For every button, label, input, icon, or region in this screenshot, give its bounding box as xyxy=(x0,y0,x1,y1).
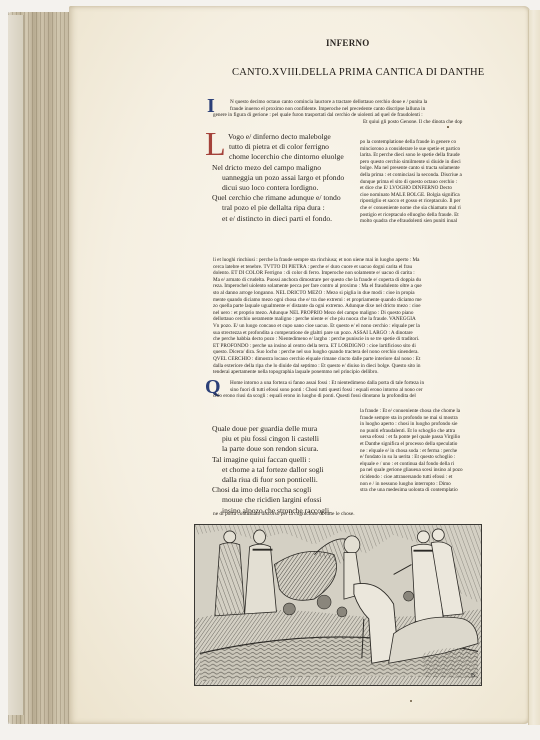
text-line: stra che una medesima uolonta di contemp… xyxy=(360,487,518,494)
paper-speck xyxy=(447,126,449,128)
verse-line: piu et piu fossi cingon li castelli xyxy=(212,434,357,444)
text-line: ripostiglio et sacco et gosso et ricepta… xyxy=(360,198,518,205)
text-line: questo. Dicera/ dira. Suo locho : perche… xyxy=(213,349,516,356)
verse-line: Chosi da imo della roccha scogli xyxy=(212,485,357,495)
text-line: sino fuori di tutti efossi sono ponti : … xyxy=(213,387,516,394)
text-line: nel uero : et proprio mezo. Adunque NEL … xyxy=(213,310,516,317)
text-line: mente quando diciamo mezo ogni chosa che… xyxy=(213,297,516,304)
text-line: sua strectezza et profondita a comperati… xyxy=(213,330,516,337)
verse-line: chome locerchio che dintorno eluolge xyxy=(212,152,352,162)
verse-line: dicui suo loco contera lordigno. xyxy=(212,183,352,193)
right-page-edge xyxy=(528,10,540,725)
verse-block-2: Quale doue per guardia delle mura piu et… xyxy=(212,424,357,516)
text-line: dunque prima el sito di questo octauo ce… xyxy=(360,179,518,186)
text-line: et Danthe significa el processo della sp… xyxy=(360,441,518,448)
text-line: sto al danno arroge longanno. NEL DRICTO… xyxy=(213,290,516,297)
verse-line: mouue che ricidien largini efossi xyxy=(212,495,357,505)
text-line: li et luoghi rinchiusi : perche la fraud… xyxy=(213,257,516,264)
commentary-column-1: po la contemplatione della fraude in gen… xyxy=(360,139,518,225)
woodcut-scene xyxy=(195,525,481,685)
text-line: minciorono a considerare le sue spetie e… xyxy=(360,146,518,153)
text-line: ne : elquale e/ in chosa soda : et ferma… xyxy=(360,448,518,455)
canto-title: CANTO.XVIII.DELLA PRIMA CANTICA DI DANTH… xyxy=(232,67,484,78)
binding-edge xyxy=(8,15,24,715)
text-line: uersa efossi : et fa ponte pel quale pas… xyxy=(360,434,518,441)
verse-line: Vogo e/ dinferno decto malebolge xyxy=(212,132,352,142)
verse-line: tutto di pietra et di color ferrigno xyxy=(212,142,352,152)
commentary-full-width: li et luoghi rinchiusi : perche la fraud… xyxy=(213,257,516,376)
text-line: tenderai apertamente nella topographia l… xyxy=(213,369,516,376)
text-line: postigio et riceptaculo elluogho della f… xyxy=(360,212,518,219)
text-line: genere in figura di gerione : pel quale … xyxy=(213,112,516,119)
text-line: Ma e/ armato di crudelta. Puossi anchora… xyxy=(213,277,516,284)
verse-line: Nel dricto mezo del campo maligno xyxy=(212,163,352,173)
verse-block-1: Vogo e/ dinferno decto malebolge tutto d… xyxy=(212,132,352,224)
text-line: zo quella parte laquale ugualmente e/ di… xyxy=(213,303,516,310)
verse-line: dalla riua di fuor son ponticelli. xyxy=(212,475,357,485)
verse-line: Quale doue per guardia delle mura xyxy=(212,424,357,434)
artist-monogram: B xyxy=(471,673,475,679)
verse-line: la parte doue son rendon sicura. xyxy=(212,444,357,454)
verse-line: Tal imagine quiui faccan quelli : xyxy=(212,455,357,465)
text-line: dolento. ET DI COLOR Ferrigno : di color… xyxy=(213,270,516,277)
commentary-column-2: la fraude : Et e/ conueniente chosa che … xyxy=(360,408,518,494)
text-line: et dice che E/ LVOGHO DINFERNO Decto xyxy=(360,185,518,192)
text-line: che perche habbia decto pozo : Nientedim… xyxy=(213,336,516,343)
verse-line: Quel cerchio che rimane adunque e/ tondo xyxy=(212,193,352,203)
text-line: ET PROFONDO : perche ua insino al centro… xyxy=(213,343,516,350)
text-line: cerca latebre et tenebre. TVTTO DI PIETR… xyxy=(213,264,516,271)
text-line: non e / in nessuno luogho interropto : D… xyxy=(360,481,518,488)
text-line: elquale e / uno : et continua dal fondo … xyxy=(360,461,518,468)
text-line: pa nel quale gerione gliaueua scesi insi… xyxy=(360,467,518,474)
text-line: no puniti efraudalenti. Et lo schoglio c… xyxy=(360,428,518,435)
woodcut-illustration: B xyxy=(194,524,482,686)
text-line: e/ fondato in su la uerita : Et questo s… xyxy=(360,454,518,461)
text-line: QVEL CERCHIO : dimostra locauo cerchio e… xyxy=(213,356,516,363)
text-line: fraude sempre sta in profondo ne mai si … xyxy=(360,415,518,422)
text-line: fraude inuerso el proximo non confidente… xyxy=(218,106,516,113)
text-line: la fraude : Et e/ conueniente chosa che … xyxy=(360,408,518,415)
text-line: bolge. Ma nel presente canto si tracta s… xyxy=(360,165,518,172)
paper-speck xyxy=(410,700,412,702)
intro-paragraph: N questo decimo octauo canto comincia la… xyxy=(218,99,516,125)
text-line: ricidendo : cioe attrauersando tutti efo… xyxy=(360,474,518,481)
text-line: Et quiui gli posto Genone. Il che dinota… xyxy=(218,119,516,126)
running-head: INFERNO xyxy=(326,38,370,48)
text-line: che e/ conueniente nome che sia chiamato… xyxy=(360,205,518,212)
section-2-paragraph: Home intorno a una forteza si fanno assa… xyxy=(213,380,516,400)
verse-line: uanneggia un pozo assai largo et pfondo xyxy=(212,173,352,183)
text-line: dalla exteriore della ripa che lo diuide… xyxy=(213,363,516,370)
text-line: in luogho aperto : chosi in luogho profo… xyxy=(360,421,518,428)
text-line: po la contemplatione della fraude in gen… xyxy=(360,139,518,146)
verse-line: et e/ distincto in dieci parti el fondo. xyxy=(212,214,352,224)
text-line: dellottauo cerchio ueramente maligno : p… xyxy=(213,316,516,323)
text-line: Vn pozo. E/ un luogo concauo et cupo uan… xyxy=(213,323,516,330)
text-line: chio erono riusi da scogli : equali eron… xyxy=(213,393,516,400)
text-line: cioe nominato MALE BOLGE. Bolgia signifi… xyxy=(360,192,518,199)
text-line: molto quadra che efraudolenti sien punit… xyxy=(360,218,518,225)
text-line: reza. Imperochel uiolento solamente pecc… xyxy=(213,283,516,290)
text-line: pero questo cerchio similmente si diuide… xyxy=(360,159,518,166)
verse-line: et chome a tal forteze dallor sogli xyxy=(212,465,357,475)
text-line: Home intorno a una forteza si fanno assa… xyxy=(213,380,516,387)
text-line: larita. Et perche dieci sono le spetie d… xyxy=(360,152,518,159)
closing-line: ne di porta continuato discorso per la c… xyxy=(213,511,355,517)
text-line: della prima : et cominciasi la seconda. … xyxy=(360,172,518,179)
verse-line: tral pozo el pie dellalta ripa dura : xyxy=(212,203,352,213)
text-line: N questo decimo octauo canto comincia la… xyxy=(218,99,516,106)
